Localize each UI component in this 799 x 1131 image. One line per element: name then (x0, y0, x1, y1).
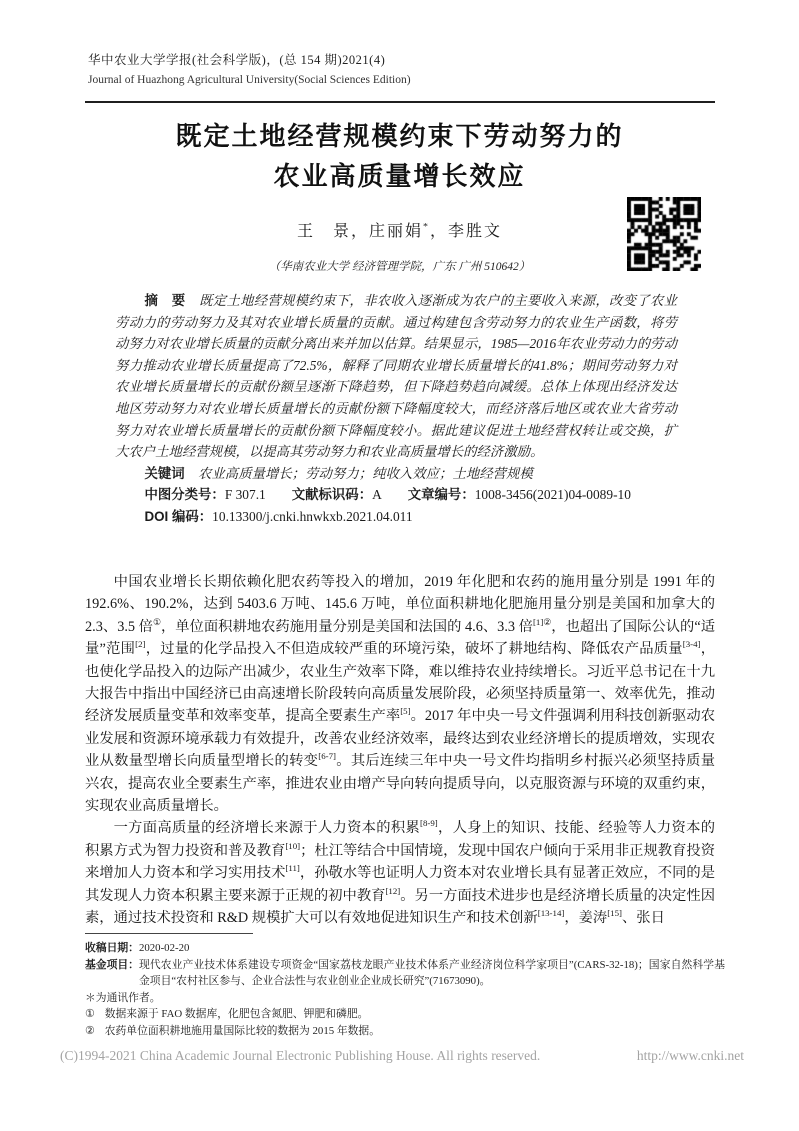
clc-value: F 307.1 (225, 487, 266, 502)
article-title-line-2: 农业高质量增长效应 (0, 156, 799, 196)
paper-page: 华中农业大学学报(社会科学版)，(总 154 期)2021(4) Journal… (0, 0, 799, 1131)
received-date-label: 收稿日期： (85, 940, 139, 957)
journal-name-cn: 华中农业大学学报(社会科学版)，(总 154 期)2021(4) (88, 50, 411, 68)
article-body: 中国农业增长长期依赖化肥农药等投入的增加，2019 年化肥和农药的施用量分别是 … (85, 571, 715, 930)
footnote-divider (85, 933, 253, 934)
abstract-text: 既定土地经营规模约束下，非农收入逐渐成为农户的主要收入来源，改变了农业劳动力的劳… (115, 293, 677, 459)
journal-header: 华中农业大学学报(社会科学版)，(总 154 期)2021(4) Journal… (88, 50, 411, 86)
footnote-1-marker: ① (85, 1006, 95, 1023)
article-id-label: 文章编号： (408, 487, 475, 502)
fund-project-row: 基金项目： 现代农业产业技术体系建设专项资金“国家荔枝龙眼产业技术体系产业经济岗… (85, 957, 725, 990)
keywords-text: 农业高质量增长；劳动努力；纯收入效应；土地经营规模 (198, 466, 533, 481)
footnote-1-text: 数据来源于 FAO 数据库，化肥包含氮肥、钾肥和磷肥。 (105, 1006, 369, 1023)
received-date-row: 收稿日期： 2020-02-20 (85, 940, 725, 957)
cnki-url: http://www.cnki.net (637, 1048, 744, 1064)
doc-code-value: A (372, 487, 382, 502)
classification-line: 中图分类号：F 307.1文献标识码：A文章编号：1008-3456(2021)… (115, 484, 677, 506)
keywords-line: 关键词 农业高质量增长；劳动努力；纯收入效应；土地经营规模 (115, 463, 677, 485)
doi-line: DOI 编码：10.13300/j.cnki.hnwkxb.2021.04.01… (115, 506, 677, 528)
article-id-value: 1008-3456(2021)04-0089-10 (475, 487, 631, 502)
doi-value: 10.13300/j.cnki.hnwkxb.2021.04.011 (212, 509, 412, 524)
clc-label: 中图分类号： (144, 487, 224, 502)
fund-project-label: 基金项目： (85, 957, 139, 990)
doi-label: DOI 编码： (144, 509, 212, 524)
footnote-2: ② 农药单位面积耕地施用量国际比较的数据为 2015 年数据。 (85, 1023, 725, 1040)
abstract-paragraph: 摘 要 既定土地经营规模约束下，非农收入逐渐成为农户的主要收入来源，改变了农业劳… (115, 290, 677, 463)
received-date-value: 2020-02-20 (139, 940, 189, 957)
body-paragraph-1: 中国农业增长长期依赖化肥农药等投入的增加，2019 年化肥和农药的施用量分别是 … (85, 571, 715, 817)
article-title: 既定土地经营规模约束下劳动努力的 农业高质量增长效应 (0, 116, 799, 196)
doc-code-label: 文献标识码： (292, 487, 372, 502)
copyright-text: (C)1994-2021 China Academic Journal Elec… (60, 1048, 540, 1064)
qr-code (627, 197, 701, 271)
fund-project-value: 现代农业产业技术体系建设专项资金“国家荔枝龙眼产业技术体系产业经济岗位科学家项目… (139, 957, 725, 990)
header-divider (85, 101, 715, 103)
footnote-2-text: 农药单位面积耕地施用量国际比较的数据为 2015 年数据。 (105, 1023, 380, 1040)
keywords-label: 关键词 (144, 466, 184, 481)
cnki-footer: (C)1994-2021 China Academic Journal Elec… (60, 1048, 744, 1064)
abstract-label: 摘 要 (144, 293, 185, 308)
article-title-line-1: 既定土地经营规模约束下劳动努力的 (0, 116, 799, 156)
journal-name-en: Journal of Huazhong Agricultural Univers… (88, 74, 411, 86)
body-paragraph-2: 一方面高质量的经济增长来源于人力资本的积累[8-9]，人身上的知识、技能、经验等… (85, 817, 715, 929)
footnotes-section: 收稿日期： 2020-02-20 基金项目： 现代农业产业技术体系建设专项资金“… (85, 940, 725, 1039)
abstract-section: 摘 要 既定土地经营规模约束下，非农收入逐渐成为农户的主要收入来源，改变了农业劳… (115, 290, 677, 528)
corresponding-author-note: ＊为通讯作者。 (85, 990, 725, 1007)
footnote-2-marker: ② (85, 1023, 95, 1040)
footnote-1: ① 数据来源于 FAO 数据库，化肥包含氮肥、钾肥和磷肥。 (85, 1006, 725, 1023)
